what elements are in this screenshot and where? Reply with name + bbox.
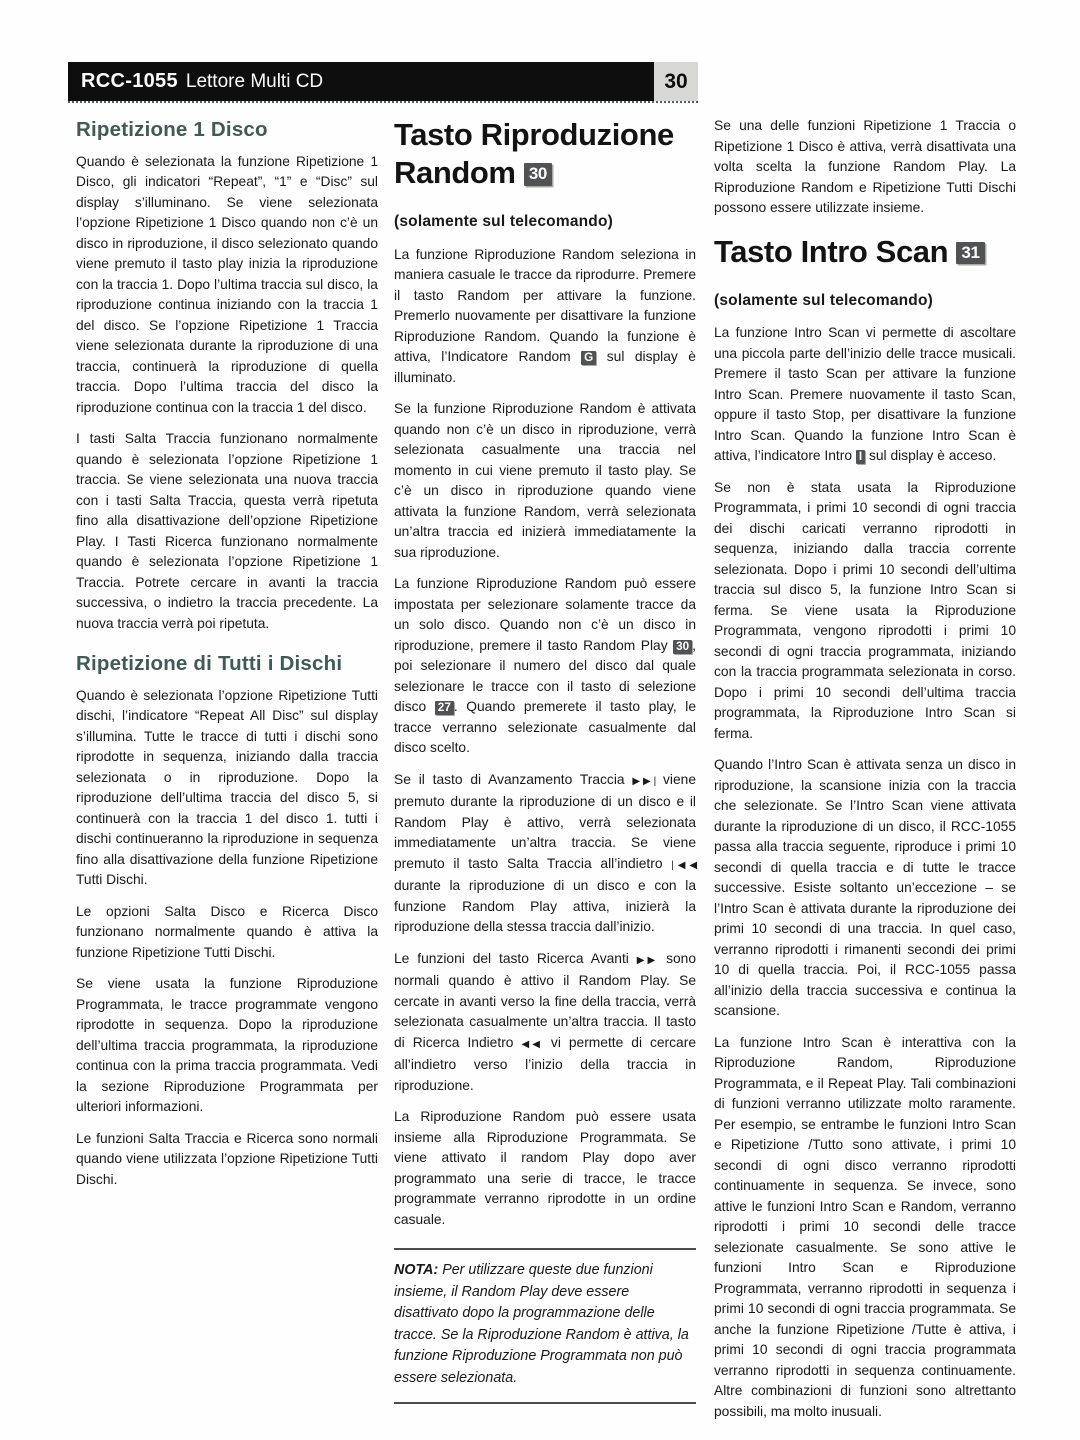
paragraph: La funzione Riproduzione Random selezion… [394,245,696,389]
remote-only-subheading: (solamente sul telecomando) [394,212,696,233]
paragraph: Quando è selezionata l’opzione Ripetizio… [76,686,378,891]
document-column-left: Ripetizione 1 DiscoQuando è selezionata … [76,116,378,1201]
header-subtitle: Lettore Multi CD [186,71,323,93]
search-forward-icon: ▶▶ [637,955,658,966]
note-block: NOTA: Per utilizzare queste due funzioni… [394,1248,696,1404]
paragraph: I tasti Salta Traccia funzionano normalm… [76,429,378,634]
document-column-center: Tasto Riproduzione Random 30(solamente s… [394,116,696,1404]
remote-only-subheading: (solamente sul telecomando) [714,291,1016,312]
paragraph: Le opzioni Salta Disco e Ricerca Disco f… [76,902,378,964]
skip-forward-icon: ▶▶| [632,776,655,787]
ref-badge-30: 30 [673,640,692,654]
paragraph: Le funzioni del tasto Ricerca Avanti ▶▶ … [394,949,696,1097]
ref-badge-30: 30 [524,163,552,186]
note-label: NOTA: [394,1262,442,1278]
paragraph: La funzione Intro Scan è interattiva con… [714,1033,1016,1423]
skip-back-icon: |◀◀ [671,860,696,871]
paragraph: Se non è stata usata la Riproduzione Pro… [714,478,1016,745]
paragraph: Se viene usata la funzione Riproduzione … [76,974,378,1118]
paragraph: Quando l’Intro Scan è attivata senza un … [714,755,1016,1022]
header-bar: RCC-1055 Lettore Multi CD 30 [68,62,698,101]
header-dotted-rule [68,101,698,103]
paragraph: Se il tasto di Avanzamento Traccia ▶▶| v… [394,770,696,938]
paragraph: Le funzioni Salta Traccia e Ricerca sono… [76,1129,378,1191]
paragraph: Se una delle funzioni Ripetizione 1 Trac… [714,116,1016,219]
search-back-icon: ◀◀ [521,1039,543,1050]
section-title: Tasto Riproduzione Random 30 [394,116,696,192]
paragraph: La funzione Intro Scan vi permette di as… [714,323,1016,467]
manual-page: RCC-1055 Lettore Multi CD 30 Ripetizione… [0,0,1080,1440]
paragraph: Quando è selezionata la funzione Ripetiz… [76,152,378,419]
ref-badge-27: 27 [435,701,454,715]
ref-badge-G: G [581,351,596,365]
page-number-badge: 30 [654,62,698,101]
document-column-right: Se una delle funzioni Ripetizione 1 Trac… [714,116,1016,1433]
paragraph: La funzione Riproduzione Random può esse… [394,574,696,759]
section-title: Tasto Intro Scan 31 [714,233,1016,271]
ref-badge-I: I [856,450,865,464]
section-heading: Ripetizione di Tutti i Dischi [76,652,378,676]
model-number: RCC-1055 [81,70,178,93]
paragraph: La Riproduzione Random può essere usata … [394,1107,696,1230]
ref-badge-31: 31 [956,242,984,265]
paragraph: Se la funzione Riproduzione Random è att… [394,399,696,563]
header-title: RCC-1055 Lettore Multi CD [68,62,654,101]
section-heading: Ripetizione 1 Disco [76,118,378,142]
